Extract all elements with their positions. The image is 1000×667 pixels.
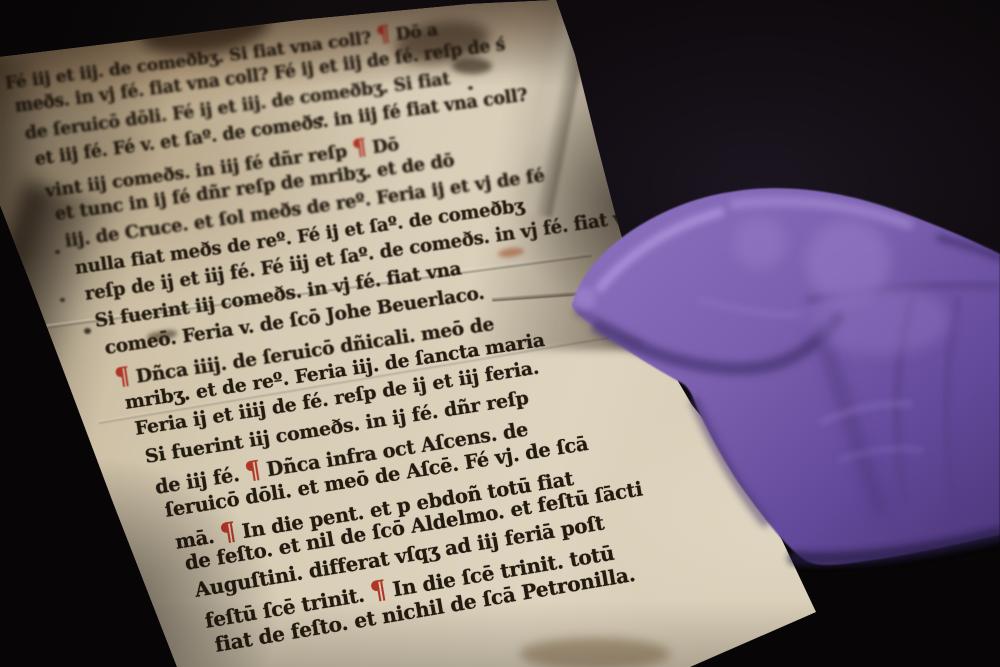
photo-scene: de comeðbʒ. Si fuerīt vt wFé iij et iij.… [0, 0, 1000, 667]
gloved-hand [0, 0, 1000, 667]
glove-base [572, 188, 1000, 565]
